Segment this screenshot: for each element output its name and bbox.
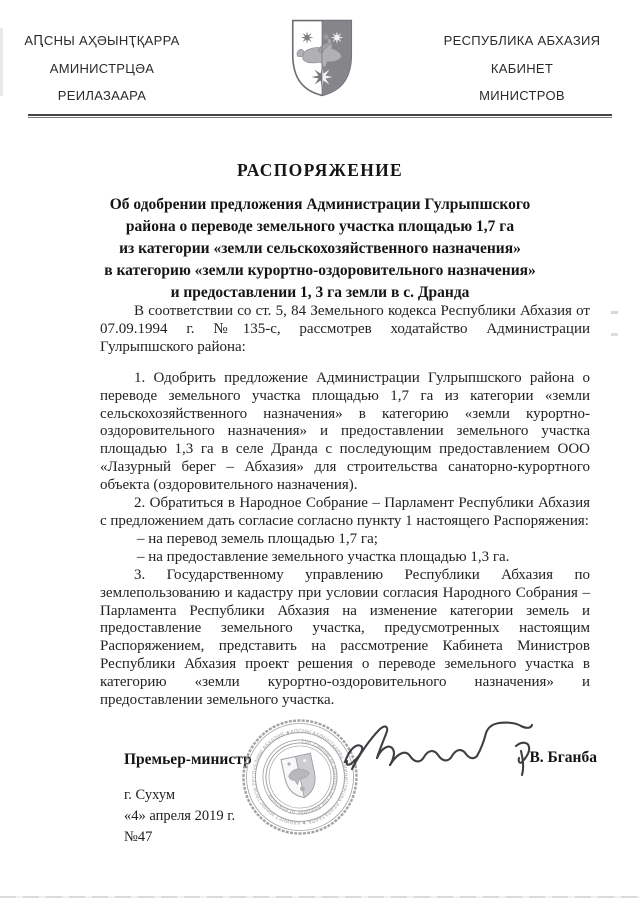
subject-line: в категорию «земли курортно-оздоровитель… [80,260,560,282]
dash-item-1: – на перевод земель площадью 1,7 га; [100,531,590,549]
small-star-right [331,31,344,44]
paragraph-intro: В соответствии со ст. 5, 84 Земельного к… [100,303,590,357]
coat-of-arms-emblem [288,17,356,99]
document-subject: Об одобрении предложения Администрации Г… [80,194,560,304]
small-star-left [301,31,314,44]
letterhead-abkhaz-line: АԤСНЫ АҲӘЫНҬҚАРРА [11,27,193,55]
subject-line: из категории «земли сельскохозяйственног… [80,238,560,260]
letterhead-russian-line: РЕСПУБЛИКА АБХАЗИЯ [432,27,612,55]
footer-date: «4» апреля 2019 г. [124,808,235,825]
letterhead-russian-line: МИНИСТРОВ [432,82,612,110]
signature-role-label: Премьер-министр [124,751,252,769]
paragraph-item-3: 3. Государственному управлению Республик… [100,567,590,710]
scan-artifact-dot [611,333,618,336]
letterhead-abkhaz: АԤСНЫ АҲӘЫНҬҚАРРА АМИНИСТРЦӘА РЕИЛАЗААРА [11,27,193,110]
letterhead-russian-line: КАБИНЕТ [432,55,612,83]
document-body: В соответствии со ст. 5, 84 Земельного к… [100,303,590,710]
letterhead-russian: РЕСПУБЛИКА АБХАЗИЯ КАБИНЕТ МИНИСТРОВ [432,27,612,110]
paragraph-item-1: 1. Одобрить предложение Администрации Гу… [100,370,590,495]
paragraph-item-2: 2. Обратиться в Народное Собрание – Парл… [100,495,590,531]
subject-line: района о переводе земельного участка пло… [80,216,560,238]
seal-center-shield [281,753,319,800]
subject-line: и предоставлении 1, 3 га земли в с. Дран… [80,282,560,304]
footer-number: №47 [124,829,152,846]
dash-item-2: – на предоставление земельного участка п… [100,549,590,567]
footer-city: г. Сухум [124,787,175,804]
scan-artifact-left-edge [0,28,3,96]
letterhead-double-rule [28,114,612,118]
scan-artifact-bottom-edge [0,896,640,898]
document-page: АԤСНЫ АҲӘЫНҬҚАРРА АМИНИСТРЦӘА РЕИЛАЗААРА… [0,0,640,905]
subject-line: Об одобрении предложения Администрации Г… [80,194,560,216]
handwritten-signature [335,713,550,791]
letterhead-abkhaz-line: АМИНИСТРЦӘА [11,55,193,83]
scan-artifact-dot [611,311,618,314]
document-title: РАСПОРЯЖЕНИЕ [0,160,640,181]
letterhead-abkhaz-line: РЕИЛАЗААРА [11,82,193,110]
